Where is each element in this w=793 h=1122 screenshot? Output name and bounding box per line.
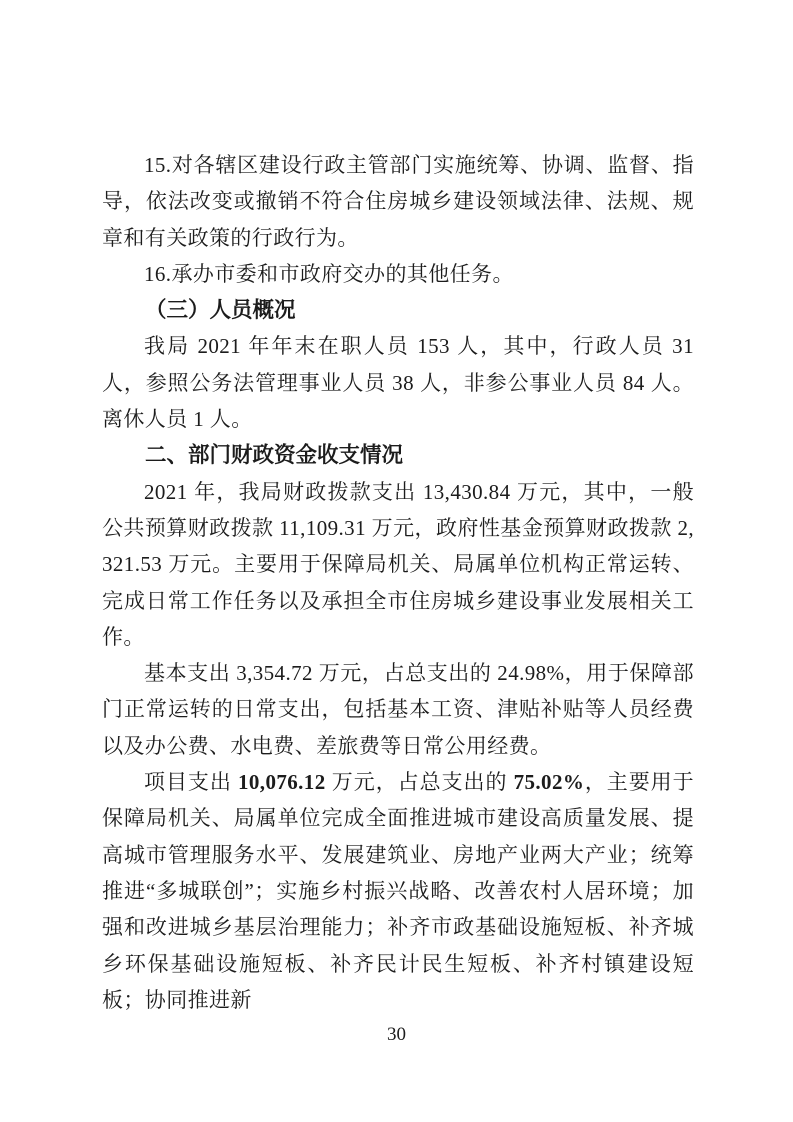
project-expenditure-amount: 10,076.12 <box>238 770 326 794</box>
paragraph-personnel: 我局 2021 年年末在职人员 153 人，其中，行政人员 31 人，参照公务法… <box>102 328 694 437</box>
paragraph-project-expenditure: 项目支出 10,076.12 万元，占总支出的 75.02%，主要用于保障局机关… <box>102 764 694 1018</box>
paragraph-item-16: 16.承办市委和市政府交办的其他任务。 <box>102 256 694 292</box>
project-expenditure-text-3: ，主要用于保障局机关、局属单位完成全面推进城市建设高质量发展、提高城市管理服务水… <box>102 770 694 1012</box>
page-number: 30 <box>0 1022 793 1048</box>
paragraph-basic-expenditure: 基本支出 3,354.72 万元，占总支出的 24.98%，用于保障部门正常运转… <box>102 655 694 764</box>
document-page: 15.对各辖区建设行政主管部门实施统筹、协调、监督、指导，依法改变或撤销不符合住… <box>0 0 793 1122</box>
project-expenditure-text-1: 项目支出 <box>144 770 238 794</box>
heading-finance-section: 二、部门财政资金收支情况 <box>102 437 694 473</box>
document-body: 15.对各辖区建设行政主管部门实施统筹、协调、监督、指导，依法改变或撤销不符合住… <box>102 147 694 1018</box>
project-expenditure-text-2: 万元，占总支出的 <box>326 770 514 794</box>
paragraph-finance-overview: 2021 年，我局财政拨款支出 13,430.84 万元，其中，一般公共预算财政… <box>102 474 694 655</box>
paragraph-item-15: 15.对各辖区建设行政主管部门实施统筹、协调、监督、指导，依法改变或撤销不符合住… <box>102 147 694 256</box>
project-expenditure-percent: 75.02% <box>514 770 585 794</box>
heading-personnel-overview: （三）人员概况 <box>102 292 694 328</box>
